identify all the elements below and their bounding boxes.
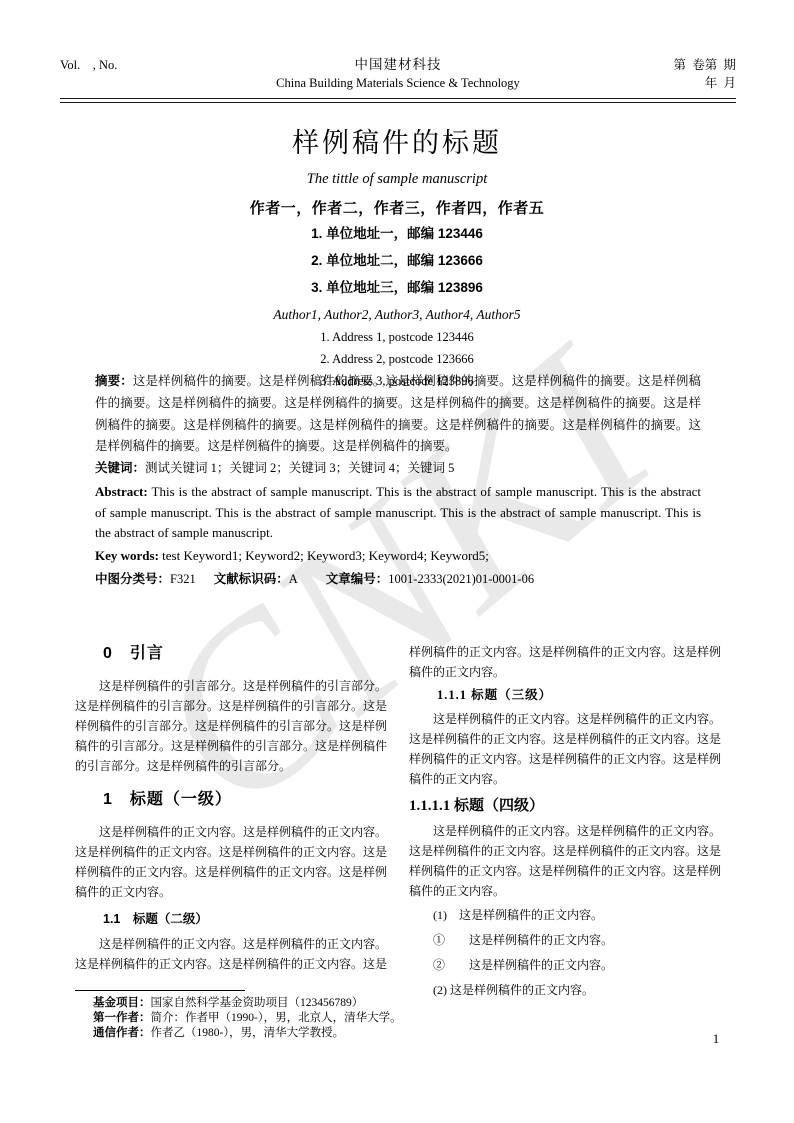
keywords-en-label: Key words: xyxy=(95,548,159,563)
abstract-cn-text: 这是样例稿件的摘要。这是样例稿件的摘要。这是样例稿件的摘要。这是样例稿件的摘要。… xyxy=(95,374,701,453)
header-vol-no: Vol. , No. xyxy=(60,57,276,73)
numbered-item-1: (1) 这是样例稿件的正文内容。 xyxy=(409,905,721,926)
footnote-first-author-label: 第一作者： xyxy=(93,1012,151,1024)
classification-line: 中图分类号：F321文献标识码：A文章编号：1001-2333(2021)01-… xyxy=(95,569,701,590)
section-1-paragraph: 这是样例稿件的正文内容。这是样例稿件的正文内容。这是样例稿件的正文内容。这是样例… xyxy=(75,822,387,902)
body-columns: 0 引言 这是样例稿件的引言部分。这是样例稿件的引言部分。这是样例稿件的引言部分… xyxy=(75,642,721,1001)
affiliation-cn-3: 3. 单位地址三，邮编 123896 xyxy=(0,277,794,299)
footnote-corresponding-author-label: 通信作者： xyxy=(93,1027,151,1039)
abstract-en-label: Abstract: xyxy=(95,484,148,499)
body-column-right: 样例稿件的正文内容。这是样例稿件的正文内容。这是样例稿件的正文内容。 1.1.1… xyxy=(409,642,721,1001)
heading-1: 1 标题（一级） xyxy=(75,788,387,812)
manuscript-page: CNKI Vol. , No. 中国建材科技 第 卷第 期 China Buil… xyxy=(0,0,794,1123)
footnote-divider-rule xyxy=(75,990,245,991)
footnote-first-author: 第一作者：简介：作者甲（1990-），男，北京人，清华大学。 xyxy=(75,1011,495,1026)
footnote-fund-label: 基金项目： xyxy=(93,997,151,1009)
doc-code-label: 文献标识码： xyxy=(214,572,289,586)
heading-0-intro: 0 引言 xyxy=(75,642,387,666)
keywords-cn-text: 测试关键词 1；关键词 2；关键词 3；关键词 4；关键词 5 xyxy=(145,461,454,475)
affiliation-en-2: 2. Address 2, postcode 123666 xyxy=(0,348,794,370)
footnote-fund: 基金项目：国家自然科学基金资助项目（123456789） xyxy=(75,996,495,1011)
header-spacer xyxy=(60,75,276,91)
abstract-en: Abstract: This is the abstract of sample… xyxy=(95,482,701,544)
section-1-1-paragraph-continued: 样例稿件的正文内容。这是样例稿件的正文内容。这是样例稿件的正文内容。 xyxy=(409,642,721,682)
footnote-block: 基金项目：国家自然科学基金资助项目（123456789） 第一作者：简介：作者甲… xyxy=(75,990,495,1040)
affiliation-cn-2: 2. 单位地址二，邮编 123666 xyxy=(0,250,794,272)
numbered-item-circle-1: ① 这是样例稿件的正文内容。 xyxy=(409,930,721,951)
footnote-first-author-text: 简介：作者甲（1990-），男，北京人，清华大学。 xyxy=(151,1012,402,1024)
abstract-en-text: This is the abstract of sample manuscrip… xyxy=(95,484,701,540)
doc-code-value: A xyxy=(289,572,298,586)
clc-label: 中图分类号： xyxy=(95,572,170,586)
heading-1-1-1: 1.1.1 标题（三级） xyxy=(409,686,721,705)
header-journal-cn: 中国建材科技 xyxy=(276,57,520,73)
heading-1-1: 1.1 标题（二级） xyxy=(75,909,387,929)
affiliation-cn-1: 1. 单位地址一，邮编 123446 xyxy=(0,223,794,245)
article-id-value: 1001-2333(2021)01-0001-06 xyxy=(388,572,534,586)
authors-en: Author1, Author2, Author3, Author4, Auth… xyxy=(0,304,794,326)
page-header: Vol. , No. 中国建材科技 第 卷第 期 China Building … xyxy=(60,57,736,103)
footnote-corresponding-author-text: 作者乙（1980-），男，清华大学教授。 xyxy=(151,1027,345,1039)
footnote-corresponding-author: 通信作者：作者乙（1980-），男，清华大学教授。 xyxy=(75,1026,495,1041)
header-divider-rule xyxy=(60,98,736,103)
body-column-left: 0 引言 这是样例稿件的引言部分。这是样例稿件的引言部分。这是样例稿件的引言部分… xyxy=(75,642,387,1001)
header-journal-en: China Building Materials Science & Techn… xyxy=(276,75,520,91)
article-id-label: 文章编号： xyxy=(326,572,389,586)
clc-value: F321 xyxy=(170,572,196,586)
header-issue: 第 卷第 期 xyxy=(520,57,736,73)
article-title-cn: 样例稿件的标题 xyxy=(0,121,794,160)
heading-1-1-1-1: 1.1.1.1 标题（四级） xyxy=(409,795,721,817)
title-block: 样例稿件的标题 The tittle of sample manuscript … xyxy=(0,121,794,392)
footnote-fund-text: 国家自然科学基金资助项目（123456789） xyxy=(151,997,364,1009)
keywords-cn: 关键词：测试关键词 1；关键词 2；关键词 3；关键词 4；关键词 5 xyxy=(95,458,701,480)
keywords-en-text: test Keyword1; Keyword2; Keyword3; Keywo… xyxy=(162,548,489,563)
article-title-en: The tittle of sample manuscript xyxy=(0,171,794,188)
keywords-cn-label: 关键词： xyxy=(95,461,145,475)
abstract-cn: 摘要：这是样例稿件的摘要。这是样例稿件的摘要。这是样例稿件的摘要。这是样例稿件的… xyxy=(95,371,701,458)
authors-cn: 作者一，作者二，作者三，作者四，作者五 xyxy=(0,197,794,218)
abstract-cn-label: 摘要： xyxy=(95,374,133,388)
section-1-1-1-paragraph: 这是样例稿件的正文内容。这是样例稿件的正文内容。这是样例稿件的正文内容。这是样例… xyxy=(409,709,721,789)
header-date: 年 月 xyxy=(520,75,736,91)
numbered-item-circle-2: ② 这是样例稿件的正文内容。 xyxy=(409,955,721,976)
section-1-1-1-1-paragraph: 这是样例稿件的正文内容。这是样例稿件的正文内容。这是样例稿件的正文内容。这是样例… xyxy=(409,821,721,901)
section-1-1-paragraph-start: 这是样例稿件的正文内容。这是样例稿件的正文内容。这是样例稿件的正文内容。这是样例… xyxy=(75,934,387,974)
abstract-block: 摘要：这是样例稿件的摘要。这是样例稿件的摘要。这是样例稿件的摘要。这是样例稿件的… xyxy=(95,371,701,590)
keywords-en: Key words: test Keyword1; Keyword2; Keyw… xyxy=(95,546,701,567)
page-number: 1 xyxy=(706,1031,726,1047)
affiliation-en-1: 1. Address 1, postcode 123446 xyxy=(0,326,794,348)
intro-paragraph: 这是样例稿件的引言部分。这是样例稿件的引言部分。这是样例稿件的引言部分。这是样例… xyxy=(75,676,387,776)
